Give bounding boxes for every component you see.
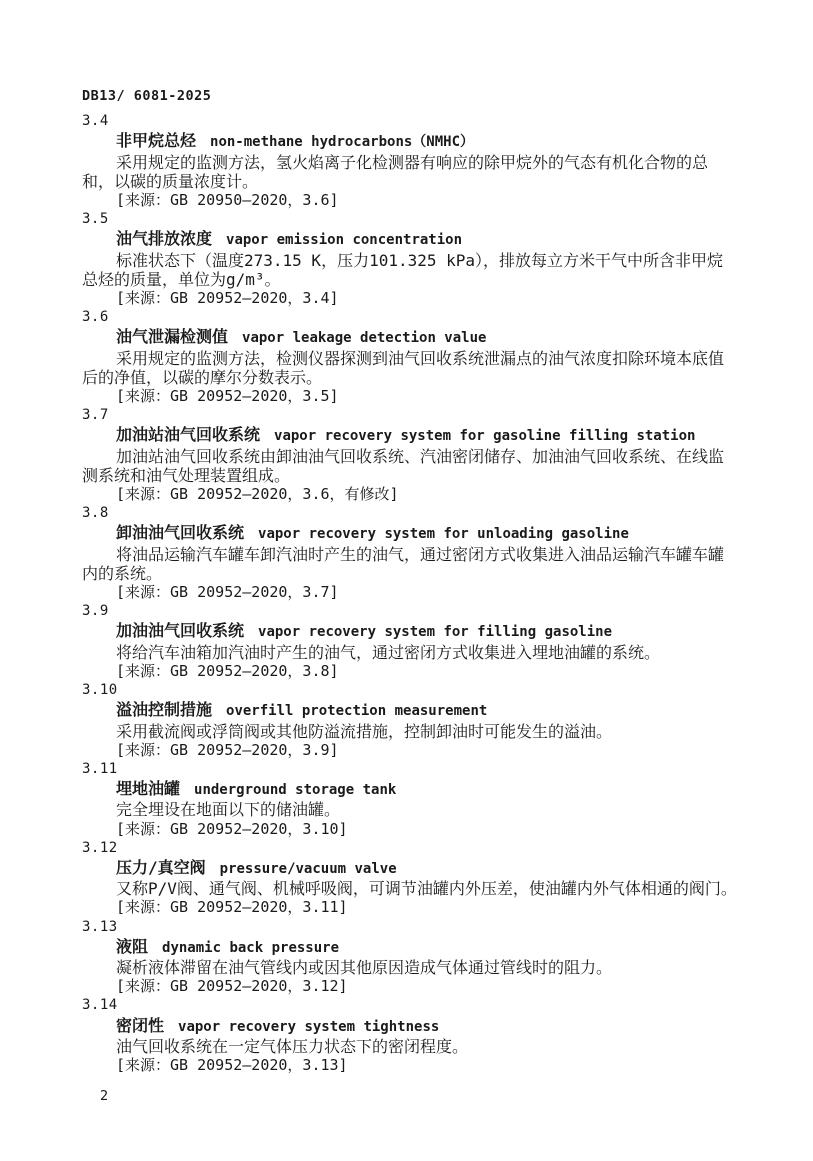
source-reference: [来源：GB 20952—2020，3.11]: [116, 898, 738, 917]
source-reference: [来源：GB 20952—2020，3.4]: [116, 289, 738, 308]
source-reference: [来源：GB 20952—2020，3.6，有修改]: [116, 485, 738, 504]
term-line: 液阻dynamic back pressure: [116, 937, 738, 958]
term-section-5: 3.9 加油油气回收系统vapor recovery system for fi…: [82, 602, 738, 681]
source-reference: [来源：GB 20952—2020，3.8]: [116, 662, 738, 681]
term-chinese: 加油站油气回收系统: [116, 425, 260, 444]
page-number: 2: [100, 1088, 738, 1105]
source-reference: [来源：GB 20952—2020，3.9]: [116, 741, 738, 760]
term-chinese: 油气排放浓度: [116, 229, 212, 248]
term-definition: 油气回收系统在一定气体压力状态下的密闭程度。: [82, 1037, 738, 1056]
term-line: 加油油气回收系统vapor recovery system for fillin…: [116, 621, 738, 642]
source-reference: [来源：GB 20950—2020，3.6]: [116, 191, 738, 210]
section-number: 3.7: [82, 406, 738, 425]
term-chinese: 卸油油气回收系统: [116, 523, 244, 542]
term-definition: 采用截流阀或浮筒阀或其他防溢流措施，控制卸油时可能发生的溢油。: [82, 722, 738, 741]
term-chinese: 溢油控制措施: [116, 700, 212, 719]
terms-list: 3.4 非甲烷总烃non-methane hydrocarbons（NMHC） …: [82, 112, 738, 1075]
term-english: dynamic back pressure: [162, 940, 339, 956]
term-definition: 将油品运输汽车罐车卸汽油时产生的油气，通过密闭方式收集进入油品运输汽车罐车罐内的…: [82, 545, 738, 583]
section-number: 3.8: [82, 504, 738, 523]
term-line: 加油站油气回收系统vapor recovery system for gasol…: [116, 425, 738, 446]
section-number: 3.12: [82, 839, 738, 858]
section-number: 3.13: [82, 918, 738, 937]
term-definition: 标准状态下（温度273.15 K，压力101.325 kPa），排放每立方米干气…: [82, 251, 738, 289]
term-line: 密闭性vapor recovery system tightness: [116, 1016, 738, 1037]
term-english: overfill protection measurement: [226, 703, 487, 719]
section-number: 3.10: [82, 681, 738, 700]
term-chinese: 液阻: [116, 937, 148, 956]
source-reference: [来源：GB 20952—2020，3.13]: [116, 1056, 738, 1075]
term-english: vapor recovery system for unloading gaso…: [258, 526, 629, 542]
section-number: 3.9: [82, 602, 738, 621]
term-line: 油气泄漏检测值vapor leakage detection value: [116, 327, 738, 348]
standard-document-page: DB13/ 6081-2025 3.4 非甲烷总烃non-methane hyd…: [0, 0, 813, 1161]
term-section-8: 3.12 压力/真空阀pressure/vacuum valve 又称P/V阀、…: [82, 839, 738, 918]
source-reference: [来源：GB 20952—2020，3.7]: [116, 583, 738, 602]
term-line: 卸油油气回收系统vapor recovery system for unload…: [116, 523, 738, 544]
term-chinese: 埋地油罐: [116, 779, 180, 798]
term-line: 非甲烷总烃non-methane hydrocarbons（NMHC）: [116, 131, 738, 152]
section-number: 3.11: [82, 760, 738, 779]
source-reference: [来源：GB 20952—2020，3.5]: [116, 387, 738, 406]
term-definition: 采用规定的监测方法，氢火焰离子化检测器有响应的除甲烷外的气态有机化合物的总和，以…: [82, 153, 738, 191]
section-number: 3.6: [82, 308, 738, 327]
section-number: 3.14: [82, 996, 738, 1015]
term-chinese: 加油油气回收系统: [116, 621, 244, 640]
term-english: vapor emission concentration: [226, 232, 462, 248]
document-code-header: DB13/ 6081-2025: [82, 87, 738, 106]
source-reference: [来源：GB 20952—2020，3.10]: [116, 820, 738, 839]
term-section-9: 3.13 液阻dynamic back pressure 凝析液体滞留在油气管线…: [82, 918, 738, 997]
term-section-0: 3.4 非甲烷总烃non-methane hydrocarbons（NMHC） …: [82, 112, 738, 210]
term-definition: 又称P/V阀、通气阀、机械呼吸阀，可调节油罐内外压差，使油罐内外气体相通的阀门。: [82, 879, 738, 898]
section-number: 3.4: [82, 112, 738, 131]
term-english: vapor leakage detection value: [242, 330, 486, 346]
term-line: 油气排放浓度vapor emission concentration: [116, 229, 738, 250]
term-chinese: 油气泄漏检测值: [116, 327, 228, 346]
term-english: non-methane hydrocarbons（NMHC）: [210, 134, 474, 150]
source-reference: [来源：GB 20952—2020，3.12]: [116, 977, 738, 996]
term-english: underground storage tank: [194, 782, 396, 798]
term-chinese: 非甲烷总烃: [116, 131, 196, 150]
term-definition: 采用规定的监测方法，检测仪器探测到油气回收系统泄漏点的油气浓度扣除环境本底值后的…: [82, 349, 738, 387]
term-section-2: 3.6 油气泄漏检测值vapor leakage detection value…: [82, 308, 738, 406]
term-section-4: 3.8 卸油油气回收系统vapor recovery system for un…: [82, 504, 738, 602]
section-number: 3.5: [82, 210, 738, 229]
term-english: vapor recovery system for filling gasoli…: [258, 624, 612, 640]
term-section-1: 3.5 油气排放浓度vapor emission concentration 标…: [82, 210, 738, 308]
term-section-3: 3.7 加油站油气回收系统vapor recovery system for g…: [82, 406, 738, 504]
term-definition: 完全埋设在地面以下的储油罐。: [82, 800, 738, 819]
term-line: 压力/真空阀pressure/vacuum valve: [116, 858, 738, 879]
term-english: pressure/vacuum valve: [220, 861, 397, 877]
term-definition: 凝析液体滞留在油气管线内或因其他原因造成气体通过管线时的阻力。: [82, 958, 738, 977]
term-section-6: 3.10 溢油控制措施overfill protection measureme…: [82, 681, 738, 760]
term-line: 溢油控制措施overfill protection measurement: [116, 700, 738, 721]
term-chinese: 压力/真空阀: [116, 858, 206, 877]
term-english: vapor recovery system tightness: [178, 1019, 439, 1035]
term-definition: 将给汽车油箱加汽油时产生的油气，通过密闭方式收集进入埋地油罐的系统。: [82, 643, 738, 662]
term-english: vapor recovery system for gasoline filli…: [274, 428, 695, 444]
term-definition: 加油站油气回收系统由卸油油气回收系统、汽油密闭储存、加油油气回收系统、在线监测系…: [82, 447, 738, 485]
term-section-10: 3.14 密闭性vapor recovery system tightness …: [82, 996, 738, 1075]
term-section-7: 3.11 埋地油罐underground storage tank 完全埋设在地…: [82, 760, 738, 839]
term-chinese: 密闭性: [116, 1016, 164, 1035]
term-line: 埋地油罐underground storage tank: [116, 779, 738, 800]
